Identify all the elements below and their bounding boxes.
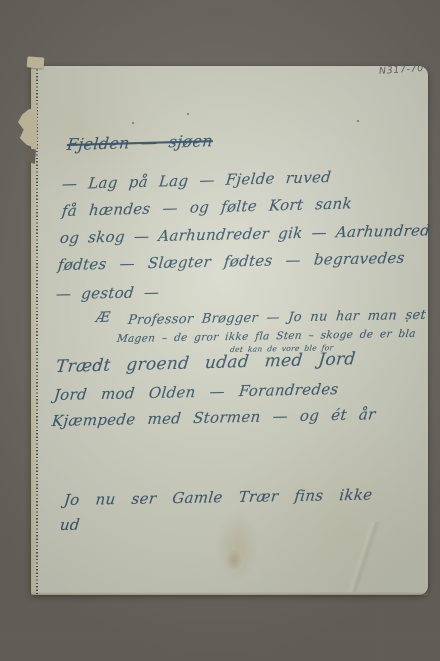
handwritten-line: ud <box>59 516 81 534</box>
speck <box>357 120 359 122</box>
handwritten-line: — gestod — <box>55 283 160 303</box>
speck <box>132 122 134 124</box>
torn-edge-gap <box>25 148 36 164</box>
paper-fragment-top-left <box>27 56 45 68</box>
crossed-out-title: Fjelden — sjøen <box>66 131 214 154</box>
torn-edge-fragment <box>18 107 37 149</box>
manuscript-photo: N317-70 Fjelden — sjøen — Lag på Lag — F… <box>0 0 440 661</box>
archive-number-annotation: N317-70 <box>379 62 440 77</box>
stain <box>223 546 245 574</box>
paper-crease <box>292 522 432 592</box>
marginal-glyph: Æ <box>95 309 110 326</box>
speck <box>187 113 189 115</box>
